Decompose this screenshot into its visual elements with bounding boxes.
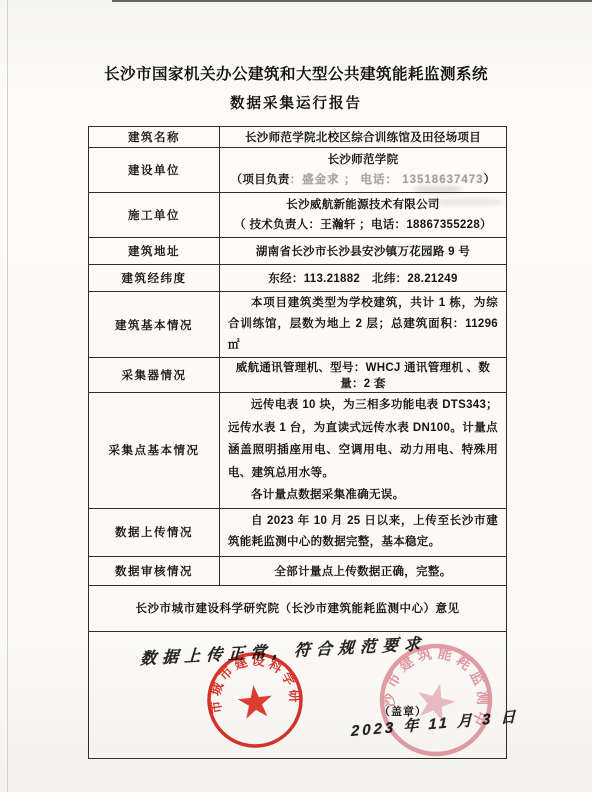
row-label-coordinates: 建筑经纬度 xyxy=(89,265,220,292)
row-value-owner-unit: 长沙师范学院 （项目负责：盛金求 ； 电话： 13518637473） xyxy=(220,148,507,193)
row-label-collector: 采集器情况 xyxy=(89,358,220,393)
table-row: 采集器情况 威航通讯管理机、型号：WHCJ 通讯管理机 、数量：2 套 xyxy=(89,358,507,393)
table-row: 数据上传情况 自 2023 年 10 月 25 日以来，上传至长沙市建筑能耗监测… xyxy=(89,508,507,556)
document-title-line1: 长沙市国家机关办公建筑和大型公共建筑能耗监测系统 xyxy=(0,62,592,84)
row-label-review-status: 数据审核情况 xyxy=(89,556,220,585)
official-seal-research-institute: 长沙市城市建设科学研究院 xyxy=(189,634,321,766)
row-value-address: 湖南省长沙市长沙县安沙镇万花园路 9 号 xyxy=(220,238,507,265)
row-value-metering-points: 远传电表 10 块，为三相多功能电表 DTS343；远传水表 1 台，为直读式远… xyxy=(220,393,507,509)
table-row: 数据审核情况 全部计量点上传数据正确，完整。 xyxy=(89,556,507,585)
construction-contact: （ 技术负责人：王瀚轩 ；电话：18867355228） xyxy=(228,215,498,235)
table-row: 建筑名称 长沙师范学院北校区综合训练馆及田径场项目 xyxy=(89,127,507,148)
row-label-metering-points: 采集点基本情况 xyxy=(89,393,220,509)
owner-name: 长沙师范学院 xyxy=(228,150,498,170)
report-table: 建筑名称 长沙师范学院北校区综合训练馆及田径场项目 建设单位 长沙师范学院 （项… xyxy=(88,126,507,759)
document-title-line2: 数据采集运行报告 xyxy=(0,92,592,113)
table-row: 采集点基本情况 远传电表 10 块，为三相多功能电表 DTS343；远传水表 1… xyxy=(89,393,507,509)
row-value-building-basic: 本项目建筑类型为学校建筑，共计 1 栋，为综合训练馆，层数为地上 2 层；总建筑… xyxy=(220,292,507,358)
table-row: 数据上传正常，符合规范要求 （盖章） 2023 年 11 月 3 日 长沙市城市… xyxy=(89,631,507,758)
building-basic-paragraph: 本项目建筑类型为学校建筑，共计 1 栋，为综合训练馆，层数为地上 2 层；总建筑… xyxy=(228,293,498,356)
row-label-building-basic: 建筑基本情况 xyxy=(89,292,220,358)
scanned-document-page: 长沙市国家机关办公建筑和大型公共建筑能耗监测系统 数据采集运行报告 建筑名称 长… xyxy=(0,0,592,792)
opinion-stamp-area: 数据上传正常，符合规范要求 （盖章） 2023 年 11 月 3 日 长沙市城市… xyxy=(89,631,507,758)
table-row: 建筑基本情况 本项目建筑类型为学校建筑，共计 1 栋，为综合训练馆，层数为地上 … xyxy=(89,292,507,358)
metering-paragraph-1: 远传电表 10 块，为三相多功能电表 DTS343；远传水表 1 台，为直读式远… xyxy=(228,394,498,484)
star-icon xyxy=(413,678,459,723)
contact-prefix: （项目负责 xyxy=(231,174,290,186)
row-label-building-name: 建筑名称 xyxy=(89,127,220,148)
row-value-review-status: 全部计量点上传数据正确，完整。 xyxy=(220,556,507,585)
row-label-owner-unit: 建设单位 xyxy=(89,148,220,193)
seal-right-curved-text: 长沙市建筑能耗监测中心 xyxy=(354,615,510,733)
row-label-upload-status: 数据上传情况 xyxy=(89,508,220,556)
star-icon xyxy=(236,683,273,719)
table-row: 建设单位 长沙师范学院 （项目负责：盛金求 ； 电话： 13518637473） xyxy=(89,148,507,193)
construction-company: 长沙威航新能源技术有限公司 xyxy=(228,195,498,215)
table-row: 建筑地址 湖南省长沙市长沙县安沙镇万花园路 9 号 xyxy=(89,238,507,265)
opinion-header: 长沙市城市建设科学研究院（长沙市建筑能耗监测中心）意见 xyxy=(89,585,507,631)
row-value-coordinates: 东经：113.21882 北纬：28.21249 xyxy=(220,265,507,292)
row-value-building-name: 长沙师范学院北校区综合训练馆及田径场项目 xyxy=(220,127,507,148)
upload-status-paragraph: 自 2023 年 10 月 25 日以来，上传至长沙市建筑能耗监测中心的数据完整… xyxy=(228,511,498,553)
table-row: 长沙市城市建设科学研究院（长沙市建筑能耗监测中心）意见 xyxy=(89,585,507,631)
contact-faded-text: ：盛金求 ； 电话： 13518637473 xyxy=(290,174,484,186)
row-value-upload-status: 自 2023 年 10 月 25 日以来，上传至长沙市建筑能耗监测中心的数据完整… xyxy=(220,508,507,556)
owner-contact: （项目负责：盛金求 ； 电话： 13518637473） xyxy=(228,170,498,190)
row-label-construction-unit: 施工单位 xyxy=(89,193,220,238)
table-row: 建筑经纬度 东经：113.21882 北纬：28.21249 xyxy=(89,265,507,292)
svg-text:长沙市建筑能耗监测中心: 长沙市建筑能耗监测中心 xyxy=(354,615,510,733)
metering-paragraph-2: 各计量点数据采集准确无误。 xyxy=(228,484,498,507)
row-value-construction-unit: 长沙威航新能源技术有限公司 （ 技术负责人：王瀚轩 ；电话：1886735522… xyxy=(220,193,507,238)
scan-edge-artifact-top xyxy=(112,0,592,2)
table-row: 施工单位 长沙威航新能源技术有限公司 （ 技术负责人：王瀚轩 ；电话：18867… xyxy=(89,193,507,238)
row-value-collector: 威航通讯管理机、型号：WHCJ 通讯管理机 、数量：2 套 xyxy=(220,358,507,393)
scan-edge-artifact-left xyxy=(7,0,8,792)
row-label-address: 建筑地址 xyxy=(89,238,220,265)
contact-suffix: ） xyxy=(484,174,496,186)
